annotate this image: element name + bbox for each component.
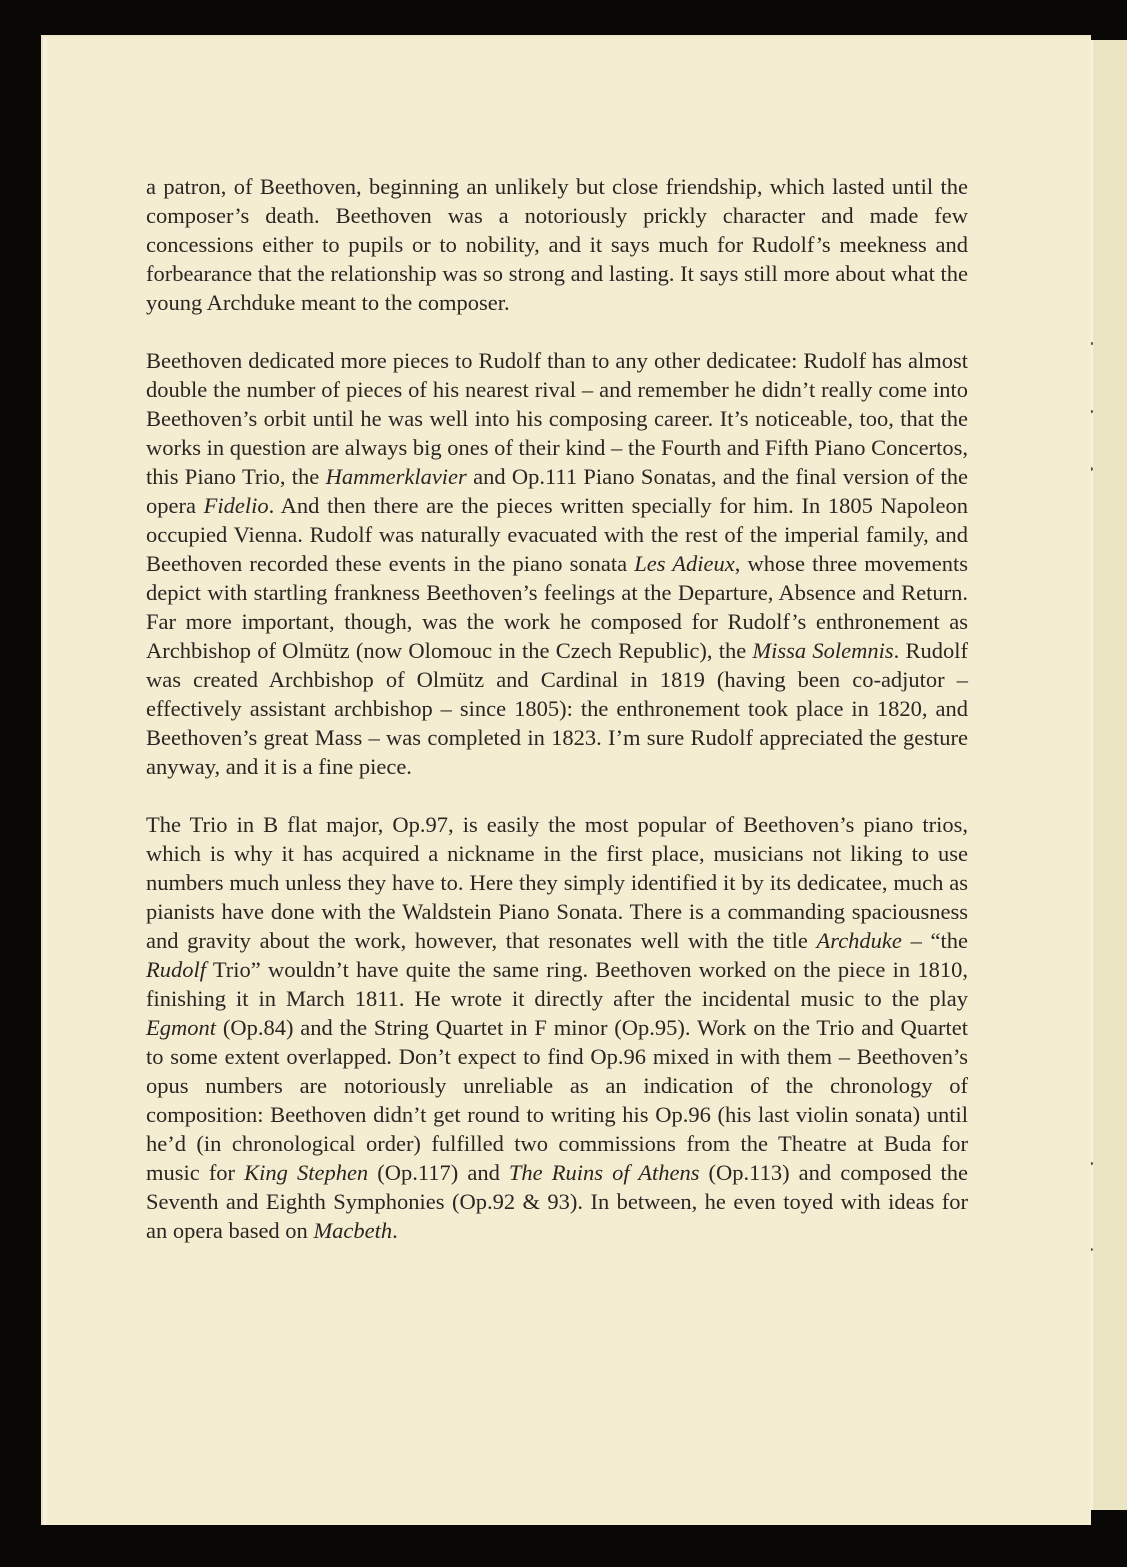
text-run: Trio” wouldn’t have quite the same ring.… — [146, 957, 968, 1011]
italic-title: Hammerklavier — [326, 464, 467, 489]
italic-title: Archduke — [817, 928, 902, 953]
body-text: a patron, of Beethoven, beginning an unl… — [146, 172, 968, 1245]
paragraph-2: Beethoven dedicated more pieces to Rudol… — [146, 346, 968, 781]
italic-title: Les Adieux — [634, 551, 734, 576]
italic-title: Egmont — [146, 1015, 216, 1040]
paragraph-1: a patron, of Beethoven, beginning an unl… — [146, 172, 968, 317]
text-run: – “the — [902, 928, 968, 953]
text-run: . — [392, 1218, 398, 1243]
italic-title: Missa Solemnis — [752, 638, 893, 663]
text-run: (Op.117) and — [368, 1160, 509, 1185]
italic-title: The Ruins of Athens — [509, 1160, 700, 1185]
italic-title: Fidelio — [204, 493, 269, 518]
italic-title: King Stephen — [244, 1160, 368, 1185]
paragraph-3: The Trio in B flat major, Op.97, is easi… — [146, 810, 968, 1245]
scanned-book-spread: a patron, of Beethoven, beginning an unl… — [0, 0, 1127, 1567]
adjacent-page-edge — [1091, 40, 1127, 1510]
italic-title: Rudolf — [146, 957, 206, 982]
page-edge — [41, 35, 1091, 37]
italic-title: Macbeth — [313, 1218, 392, 1243]
text-run: a patron, of Beethoven, beginning an unl… — [146, 174, 968, 315]
